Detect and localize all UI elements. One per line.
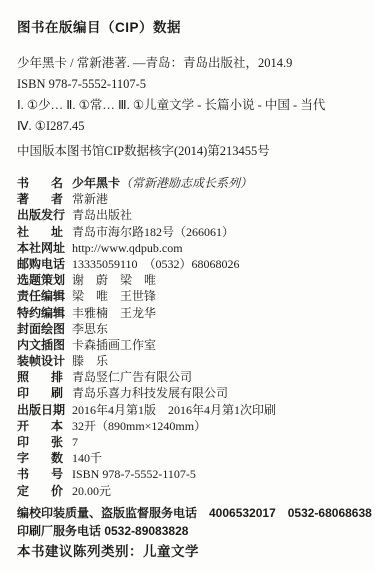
colophon-row: 书号ISBN 978-7-5552-1107-5	[17, 466, 363, 482]
colophon-row: 开本32开（890mm×1240mm）	[17, 418, 363, 434]
row-label: 选题策划	[17, 272, 63, 288]
colophon-row: 封面绘图李思东	[17, 321, 363, 337]
row-label: 邮购电话	[17, 256, 63, 272]
row-value: 青岛乐喜力科技发展有限公司	[72, 385, 228, 401]
colophon-row: 特约编辑丰雅楠 王龙华	[17, 305, 363, 321]
row-value: 32开（890mm×1240mm）	[72, 418, 206, 434]
row-value: 13335059110 （0532）68068026	[72, 256, 240, 272]
row-label: 印刷	[17, 385, 63, 401]
row-label: 出版日期	[17, 402, 63, 418]
row-value: 青岛竖仁广告有限公司	[72, 369, 192, 385]
colophon-row: 邮购电话13335059110 （0532）68068026	[17, 256, 363, 272]
row-value: 梁 唯 王世锋	[72, 288, 156, 304]
row-value: 少年黑卡	[72, 175, 120, 191]
row-value: 20.00元	[72, 483, 111, 499]
row-label: 定价	[17, 483, 63, 499]
cip-line-source: 少年黑卡 / 常新港著. —青岛：青岛出版社，2014.9	[17, 53, 363, 74]
row-label: 内文插图	[17, 337, 63, 353]
colophon-row: 出版发行青岛出版社	[17, 207, 363, 223]
row-label: 本社网址	[17, 240, 63, 256]
colophon-row: 著者常新港	[17, 191, 363, 207]
row-value: 卡森插画工作室	[72, 337, 156, 353]
colophon-row: 责任编辑梁 唯 王世锋	[17, 288, 363, 304]
row-label: 装帧设计	[17, 353, 63, 369]
cip-line-class-number: Ⅳ. ①I287.45	[17, 116, 363, 137]
cip-line-classification: Ⅰ. ①少… Ⅱ. ①常… Ⅲ. ①儿童文学 - 长篇小说 - 中国 - 当代	[17, 95, 363, 116]
colophon-row: 内文插图卡森插画工作室	[17, 337, 363, 353]
row-value: 青岛出版社	[72, 207, 132, 223]
colophon-rows: 书名少年黑卡（常新港励志成长系列）著者常新港出版发行青岛出版社社址青岛市海尔路1…	[17, 175, 363, 499]
row-value: 丰雅楠 王龙华	[72, 305, 156, 321]
row-label: 著者	[17, 191, 63, 207]
row-value: 常新港	[72, 191, 108, 207]
colophon-row: 出版日期2016年4月第1版 2016年4月第1次印刷	[17, 402, 363, 418]
printer-hotline: 印刷厂服务电话 0532-89083828	[17, 522, 363, 540]
cip-line-isbn: ISBN 978-7-5552-1107-5	[17, 74, 363, 95]
row-label: 社址	[17, 224, 63, 240]
colophon-row: 选题策划谢 蔚 梁 唯	[17, 272, 363, 288]
row-value: 2016年4月第1版 2016年4月第1次印刷	[72, 402, 276, 418]
footer: 编校印装质量、盗版监督服务电话 4006532017 0532-68068638…	[17, 504, 363, 562]
row-label: 书名	[17, 175, 63, 191]
row-label: 书号	[17, 466, 63, 482]
colophon-row: 印刷青岛乐喜力科技发展有限公司	[17, 385, 363, 401]
colophon-row: 印张7	[17, 434, 363, 450]
row-value: 李思东	[72, 321, 108, 337]
quality-hotline: 编校印装质量、盗版监督服务电话 4006532017 0532-68068638	[17, 504, 363, 522]
colophon-row: 本社网址http://www.qdpub.com	[17, 240, 363, 256]
colophon-row: 装帧设计滕 乐	[17, 353, 363, 369]
shelving-category: 本书建议陈列类别：儿童文学	[17, 542, 363, 562]
row-value: 140千	[72, 450, 102, 466]
colophon-row: 字数140千	[17, 450, 363, 466]
row-value: ISBN 978-7-5552-1107-5	[72, 466, 196, 482]
row-label: 特约编辑	[17, 305, 63, 321]
cip-title: 图书在版编目（CIP）数据	[17, 20, 363, 36]
row-value: 滕 乐	[72, 353, 108, 369]
colophon-row: 社址青岛市海尔路182号（266061）	[17, 224, 363, 240]
row-label: 开本	[17, 418, 63, 434]
colophon-row: 书名少年黑卡（常新港励志成长系列）	[17, 175, 363, 191]
row-label: 印张	[17, 434, 63, 450]
row-label: 字数	[17, 450, 63, 466]
colophon-row: 照排青岛竖仁广告有限公司	[17, 369, 363, 385]
row-label: 责任编辑	[17, 288, 63, 304]
colophon-row: 定价20.00元	[17, 483, 363, 499]
row-label: 出版发行	[17, 207, 63, 223]
cip-block: 少年黑卡 / 常新港著. —青岛：青岛出版社，2014.9 ISBN 978-7…	[17, 53, 363, 137]
row-value: 谢 蔚 梁 唯	[72, 272, 156, 288]
row-label: 照排	[17, 369, 63, 385]
cip-register-number: 中国版本图书馆CIP数据核字(2014)第213455号	[17, 141, 363, 162]
row-series: （常新港励志成长系列）	[120, 175, 252, 191]
row-label: 封面绘图	[17, 321, 63, 337]
row-value: 青岛市海尔路182号（266061）	[72, 224, 234, 240]
row-value: http://www.qdpub.com	[72, 240, 183, 256]
copyright-page: 图书在版编目（CIP）数据 少年黑卡 / 常新港著. —青岛：青岛出版社，201…	[0, 0, 375, 572]
row-value: 7	[72, 434, 78, 450]
